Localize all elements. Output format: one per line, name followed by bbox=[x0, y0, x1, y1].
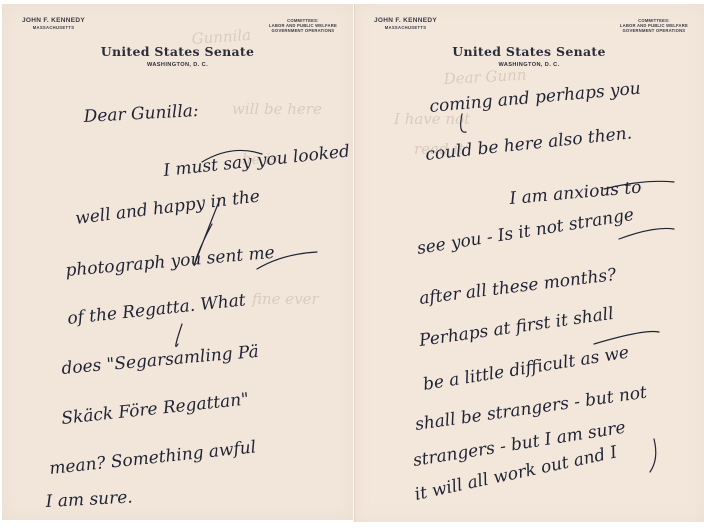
handwritten-line: mean? Something awful bbox=[48, 437, 257, 479]
svg-text:will be here: will be here bbox=[232, 100, 322, 118]
svg-text:Gunnila: Gunnila bbox=[191, 26, 252, 48]
svg-text:fine ever: fine ever bbox=[251, 290, 320, 308]
handwritten-line: I must say you looked bbox=[161, 141, 351, 181]
handwritten-line: Dear Gunilla: bbox=[82, 101, 199, 127]
handwritten-line: does "Segarsamling Pä bbox=[61, 342, 260, 379]
handwritten-line: I am sure. bbox=[44, 487, 133, 512]
handwritten-line: photograph you sent me bbox=[65, 243, 276, 281]
handwriting-page-1: Gunnila will be here he is fine ever Dea… bbox=[2, 4, 353, 520]
pen-stroke bbox=[619, 228, 674, 239]
handwritten-line: I am anxious to bbox=[508, 178, 643, 210]
handwritten-line: Perhaps at first it shall bbox=[417, 304, 615, 351]
svg-text:Dear Gunn: Dear Gunn bbox=[442, 66, 527, 88]
handwritten-line: could be here also then. bbox=[424, 123, 632, 165]
pen-stroke bbox=[650, 439, 656, 472]
pen-stroke bbox=[176, 324, 182, 347]
letter-page-2: JOHN F. KENNEDY MASSACHUSETTS COMMITTEES… bbox=[354, 4, 704, 522]
handwritten-line: be a little difficult as we bbox=[422, 343, 631, 395]
handwritten-line: Skäck Före Regattan" bbox=[60, 389, 250, 429]
handwriting-page-2: Dear Gunn I have not read it coming and … bbox=[354, 4, 704, 522]
handwritten-line: see you - Is it not strange bbox=[416, 205, 636, 259]
handwritten-line: of the Regatta. What bbox=[66, 290, 246, 329]
handwritten-line: well and happy in the bbox=[74, 186, 261, 228]
handwritten-line: after all these months? bbox=[418, 265, 618, 309]
letter-page-1: JOHN F. KENNEDY MASSACHUSETTS COMMITTEES… bbox=[2, 4, 353, 520]
